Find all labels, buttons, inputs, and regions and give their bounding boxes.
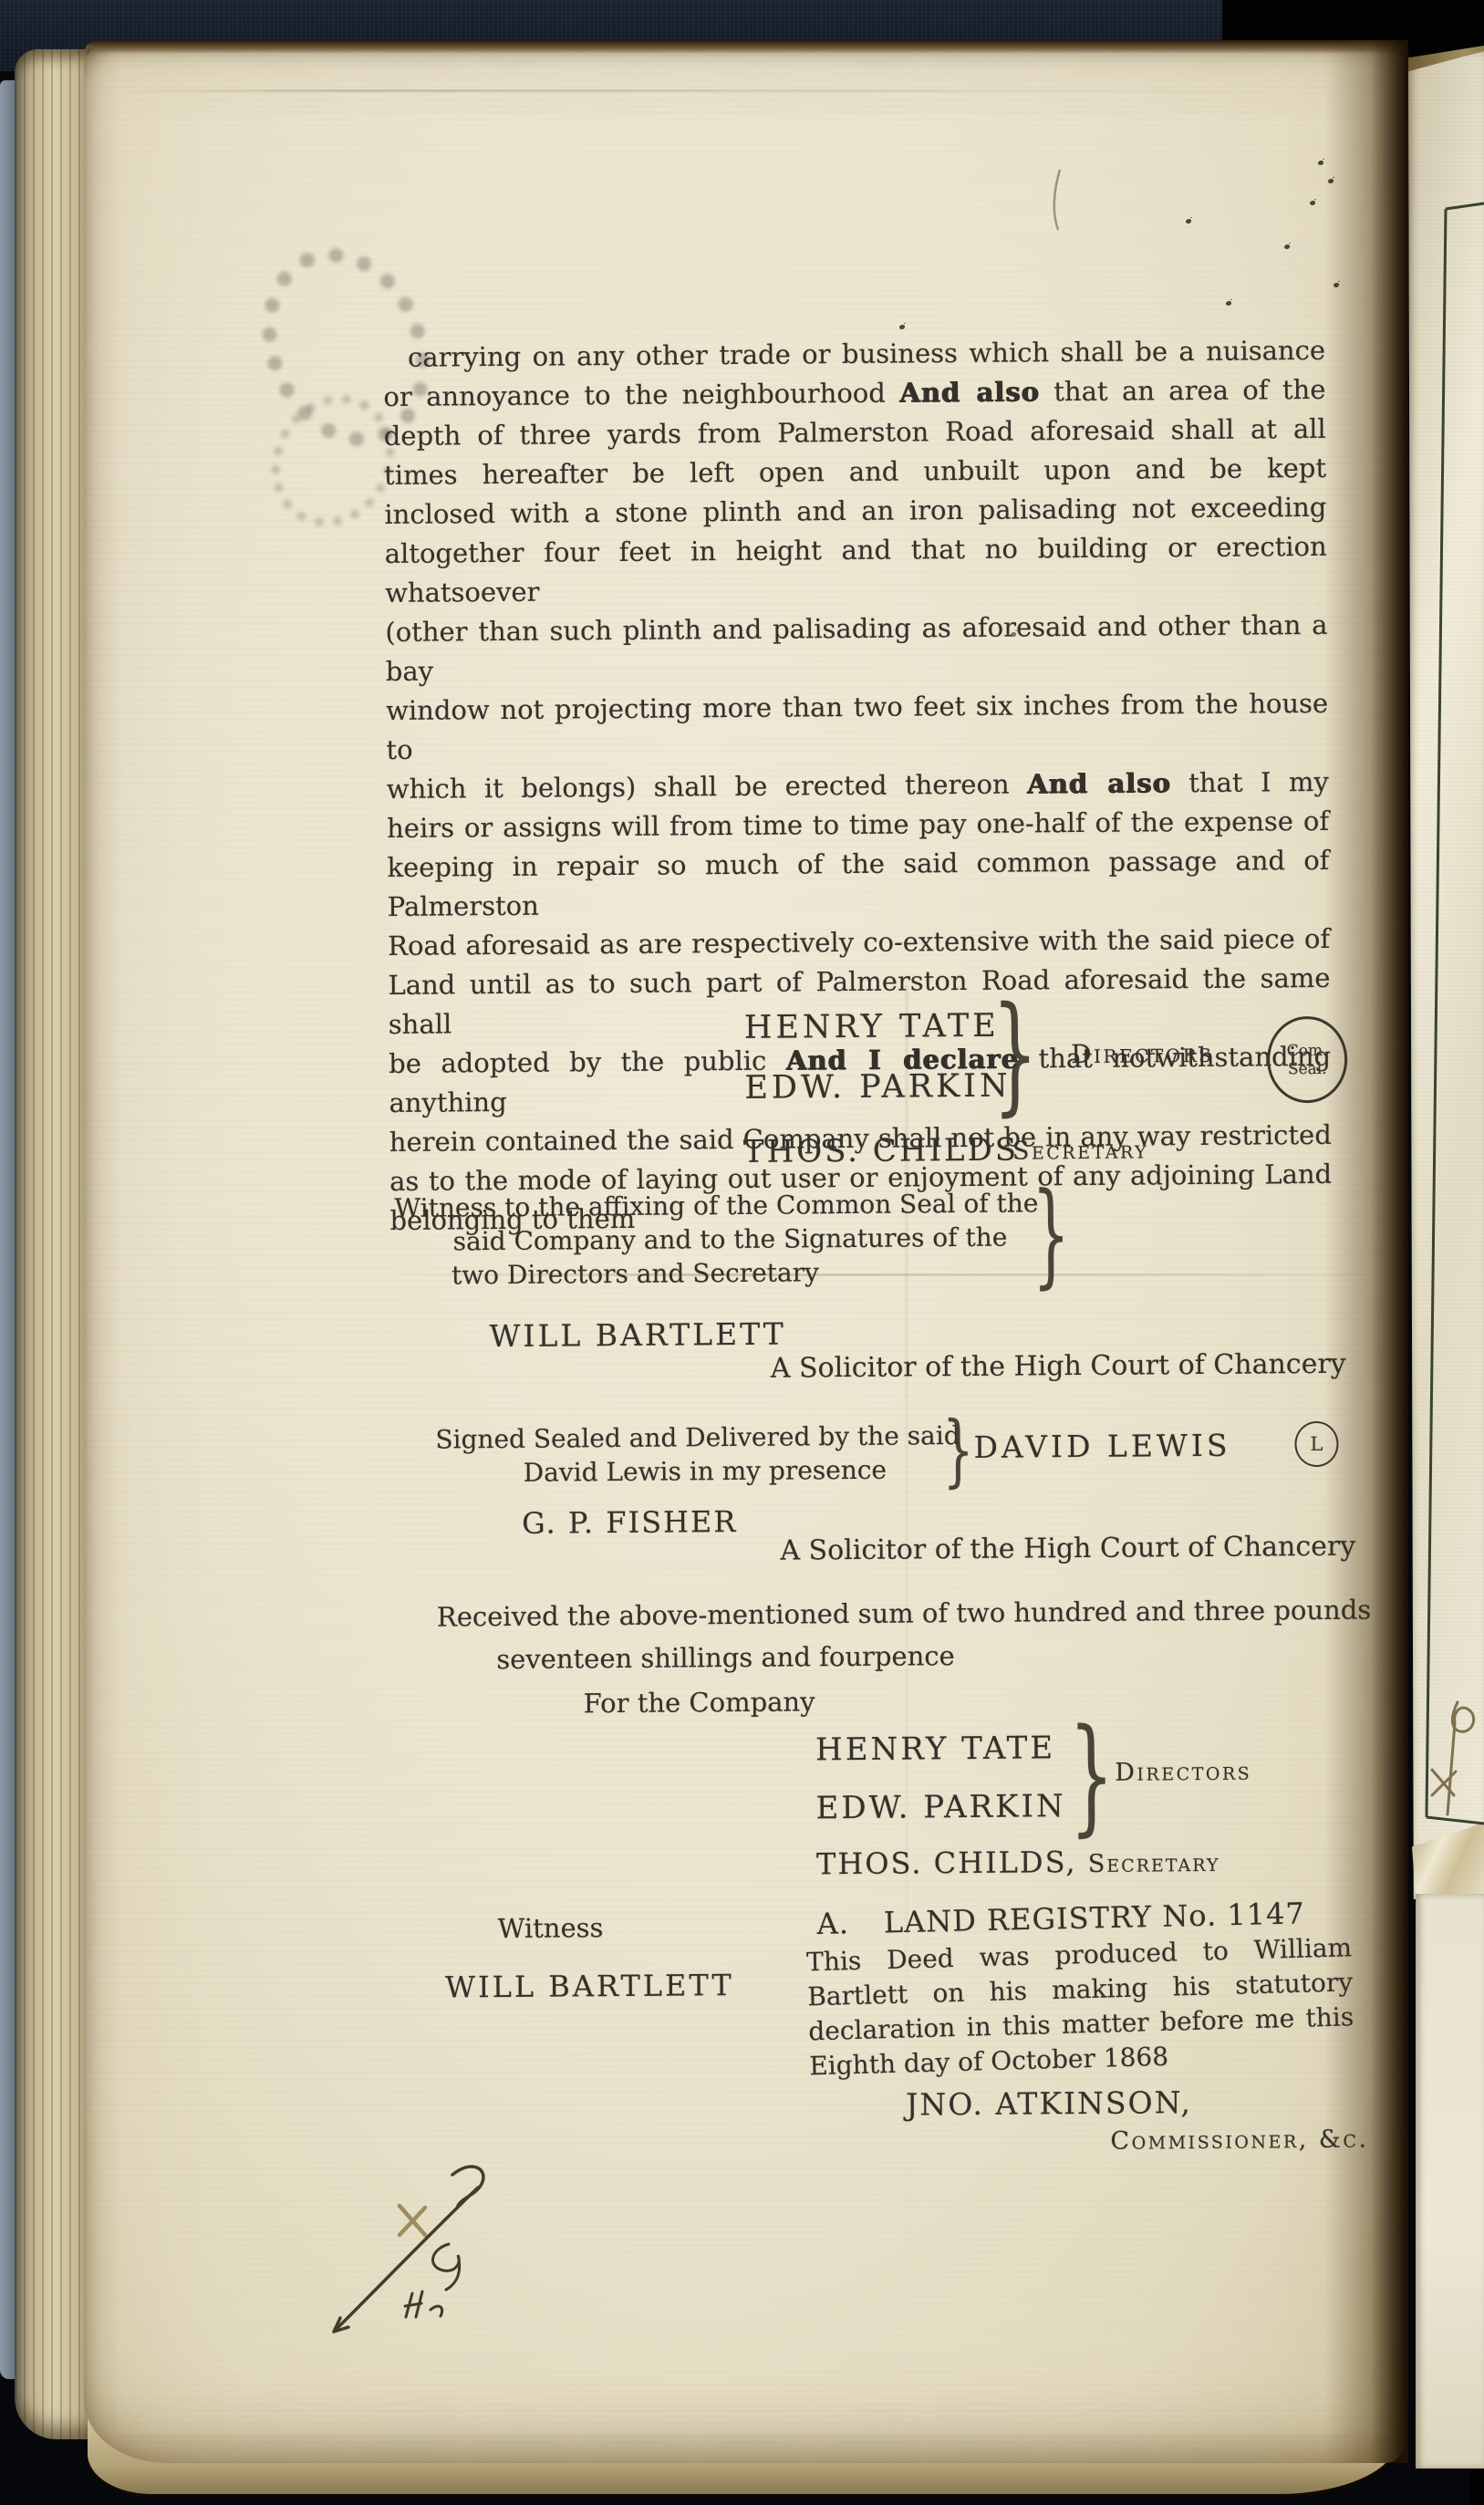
handwritten-marks-overlay [0,0,1484,2505]
faint-pen-mark [1054,170,1060,230]
photo-of-deed-book-page: carrying on any other trade or business … [0,0,1484,2505]
bottom-left-pen-flourish [334,2167,483,2332]
right-page-handwritten-mark [1432,1702,1474,1814]
right-page-border-line [1427,203,1484,1824]
